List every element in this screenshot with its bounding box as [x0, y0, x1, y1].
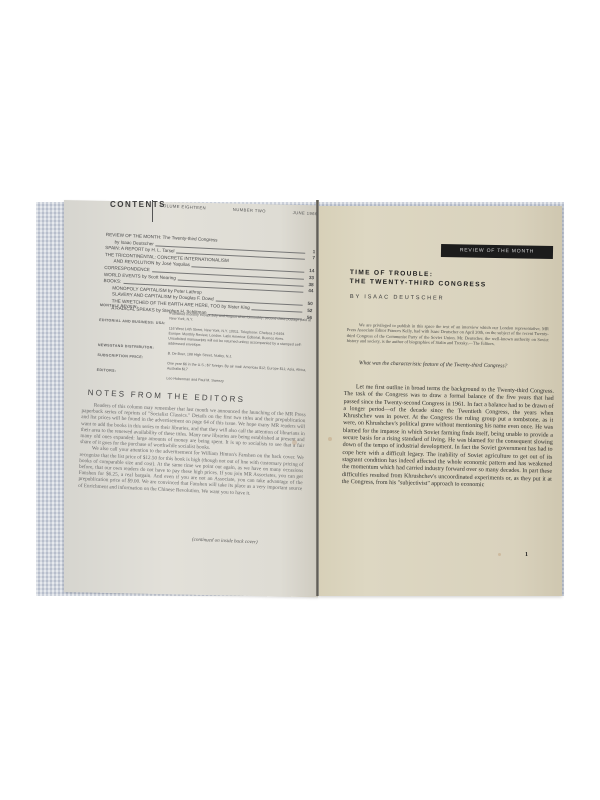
info-label: EDITORS: — [97, 368, 117, 373]
info-label: MONTHLY REVIEW: — [100, 303, 138, 309]
article-body-text: Let me first outline in broad terms the … — [342, 384, 554, 491]
contents-heading: CONTENTS — [110, 200, 166, 209]
toc-entry-page: 44 — [305, 288, 313, 295]
article-body: Let me first outline in broad terms the … — [342, 384, 554, 491]
paper-stain — [498, 553, 501, 556]
publication-info: MONTHLY REVIEW:Published monthly except … — [96, 303, 317, 389]
magazine-spine — [316, 200, 319, 596]
heading-divider — [152, 200, 153, 222]
toc-entry-page: 7 — [307, 255, 315, 262]
paper-stain — [292, 440, 297, 445]
paper-stain — [328, 437, 332, 441]
page-number: 1 — [525, 552, 528, 558]
info-label: SUBSCRIPTION PRICE: — [97, 353, 143, 359]
editor-intro: We are privileged to publish in this spa… — [347, 322, 549, 347]
notes-body: Readers of this column may remember that… — [78, 402, 306, 499]
article-title: TIME OF TROUBLE: THE TWENTY-THIRD CONGRE… — [350, 268, 487, 290]
section-banner: REVIEW OF THE MONTH — [441, 244, 553, 259]
editor-intro-text: We are privileged to publish in this spa… — [347, 322, 549, 347]
